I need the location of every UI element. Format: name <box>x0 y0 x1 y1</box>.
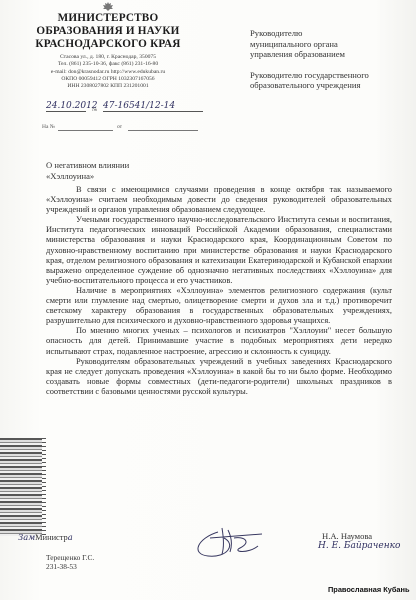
letterhead: МИНИСТЕРСТВО ОБРАЗОВАНИЯ И НАУКИ КРАСНОД… <box>28 0 188 90</box>
body-paragraph: Руководителям образовательных учреждений… <box>46 357 392 397</box>
coat-of-arms-icon <box>101 2 115 11</box>
addressee-municipal: Руководителю муниципального органа управ… <box>250 28 369 60</box>
body-paragraph: Учеными государственного научно-исследов… <box>46 215 392 286</box>
subject-line: «Хэллоуина» <box>46 171 129 182</box>
subject-line: О негативном влиянии <box>46 160 129 171</box>
title-text: Министр <box>35 533 68 542</box>
handwritten-prefix: Зам <box>18 532 35 542</box>
reference-date-blank <box>128 130 198 131</box>
source-watermark: Православная Кубань <box>328 585 410 594</box>
ministry-name-line: КРАСНОДАРСКОГО КРАЯ <box>28 38 188 51</box>
okpo-line: ОКПО 00059412 ОГРН 1032307167056 <box>28 76 188 83</box>
addressee-block: Руководителю муниципального органа управ… <box>250 28 369 101</box>
signer-name: Н.А. Наумова <box>322 531 372 541</box>
registration-number-label: № <box>92 107 97 113</box>
addressee-line: управления образованием <box>250 49 345 59</box>
executor-name: Терещенко Г.С. <box>46 553 94 562</box>
signer-handwritten-note: Н. Е. Байраченко <box>318 541 400 551</box>
signatory-title: ЗамМинистра <box>18 532 73 542</box>
registration-number: 47-16541/12-14 <box>103 101 203 112</box>
letter-subject: О негативном влиянии «Хэллоуина» <box>46 160 129 181</box>
executor-block: Терещенко Г.С. 231-38-53 <box>46 553 94 571</box>
addressee-line: Руководителю государственного <box>250 70 369 80</box>
ministry-name-line: ОБРАЗОВАНИЯ И НАУКИ <box>28 25 188 38</box>
registration-date: 24.10.2012 <box>46 101 86 112</box>
handwritten-signature-icon <box>188 524 268 560</box>
email-web-line: e-mail: don@krasnodar.ru http://www.eduk… <box>28 69 188 76</box>
executor-phone: 231-38-53 <box>46 562 94 571</box>
addressee-line: муниципального органа <box>250 39 338 49</box>
document-page: МИНИСТЕРСТВО ОБРАЗОВАНИЯ И НАУКИ КРАСНОД… <box>0 0 416 600</box>
inn-line: ИНН 2308027802 КПП 231201001 <box>28 83 188 90</box>
handwritten-suffix: а <box>68 532 73 542</box>
registration-stamp-icon <box>0 438 42 536</box>
phone-line: Тел. (861) 235-10-36, факс (861) 231-16-… <box>28 61 188 68</box>
ministry-name-line: МИНИСТЕРСТВО <box>28 12 188 25</box>
body-paragraph: Наличие в мероприятиях «Хэллоуина» элеме… <box>46 286 392 326</box>
letter-body: В связи с имеющимися случаями проведения… <box>46 185 392 397</box>
reference-number-label: На № <box>42 124 55 130</box>
addressee-line: образовательного учреждения <box>250 80 360 90</box>
body-paragraph: В связи с имеющимися случаями проведения… <box>46 185 392 215</box>
ministry-name: МИНИСТЕРСТВО ОБРАЗОВАНИЯ И НАУКИ КРАСНОД… <box>28 12 188 51</box>
body-paragraph: По мнению многих ученых – психологов и п… <box>46 326 392 356</box>
addressee-state-institution: Руководителю государственного образовате… <box>250 70 369 91</box>
addressee-line: Руководителю <box>250 28 302 38</box>
reference-number-blank <box>58 130 113 131</box>
stamp-edge <box>42 438 46 536</box>
ministry-contacts: Стасова ул., д. 180, г. Краснодар, 35007… <box>28 54 188 90</box>
reference-from-label: от <box>117 124 122 130</box>
